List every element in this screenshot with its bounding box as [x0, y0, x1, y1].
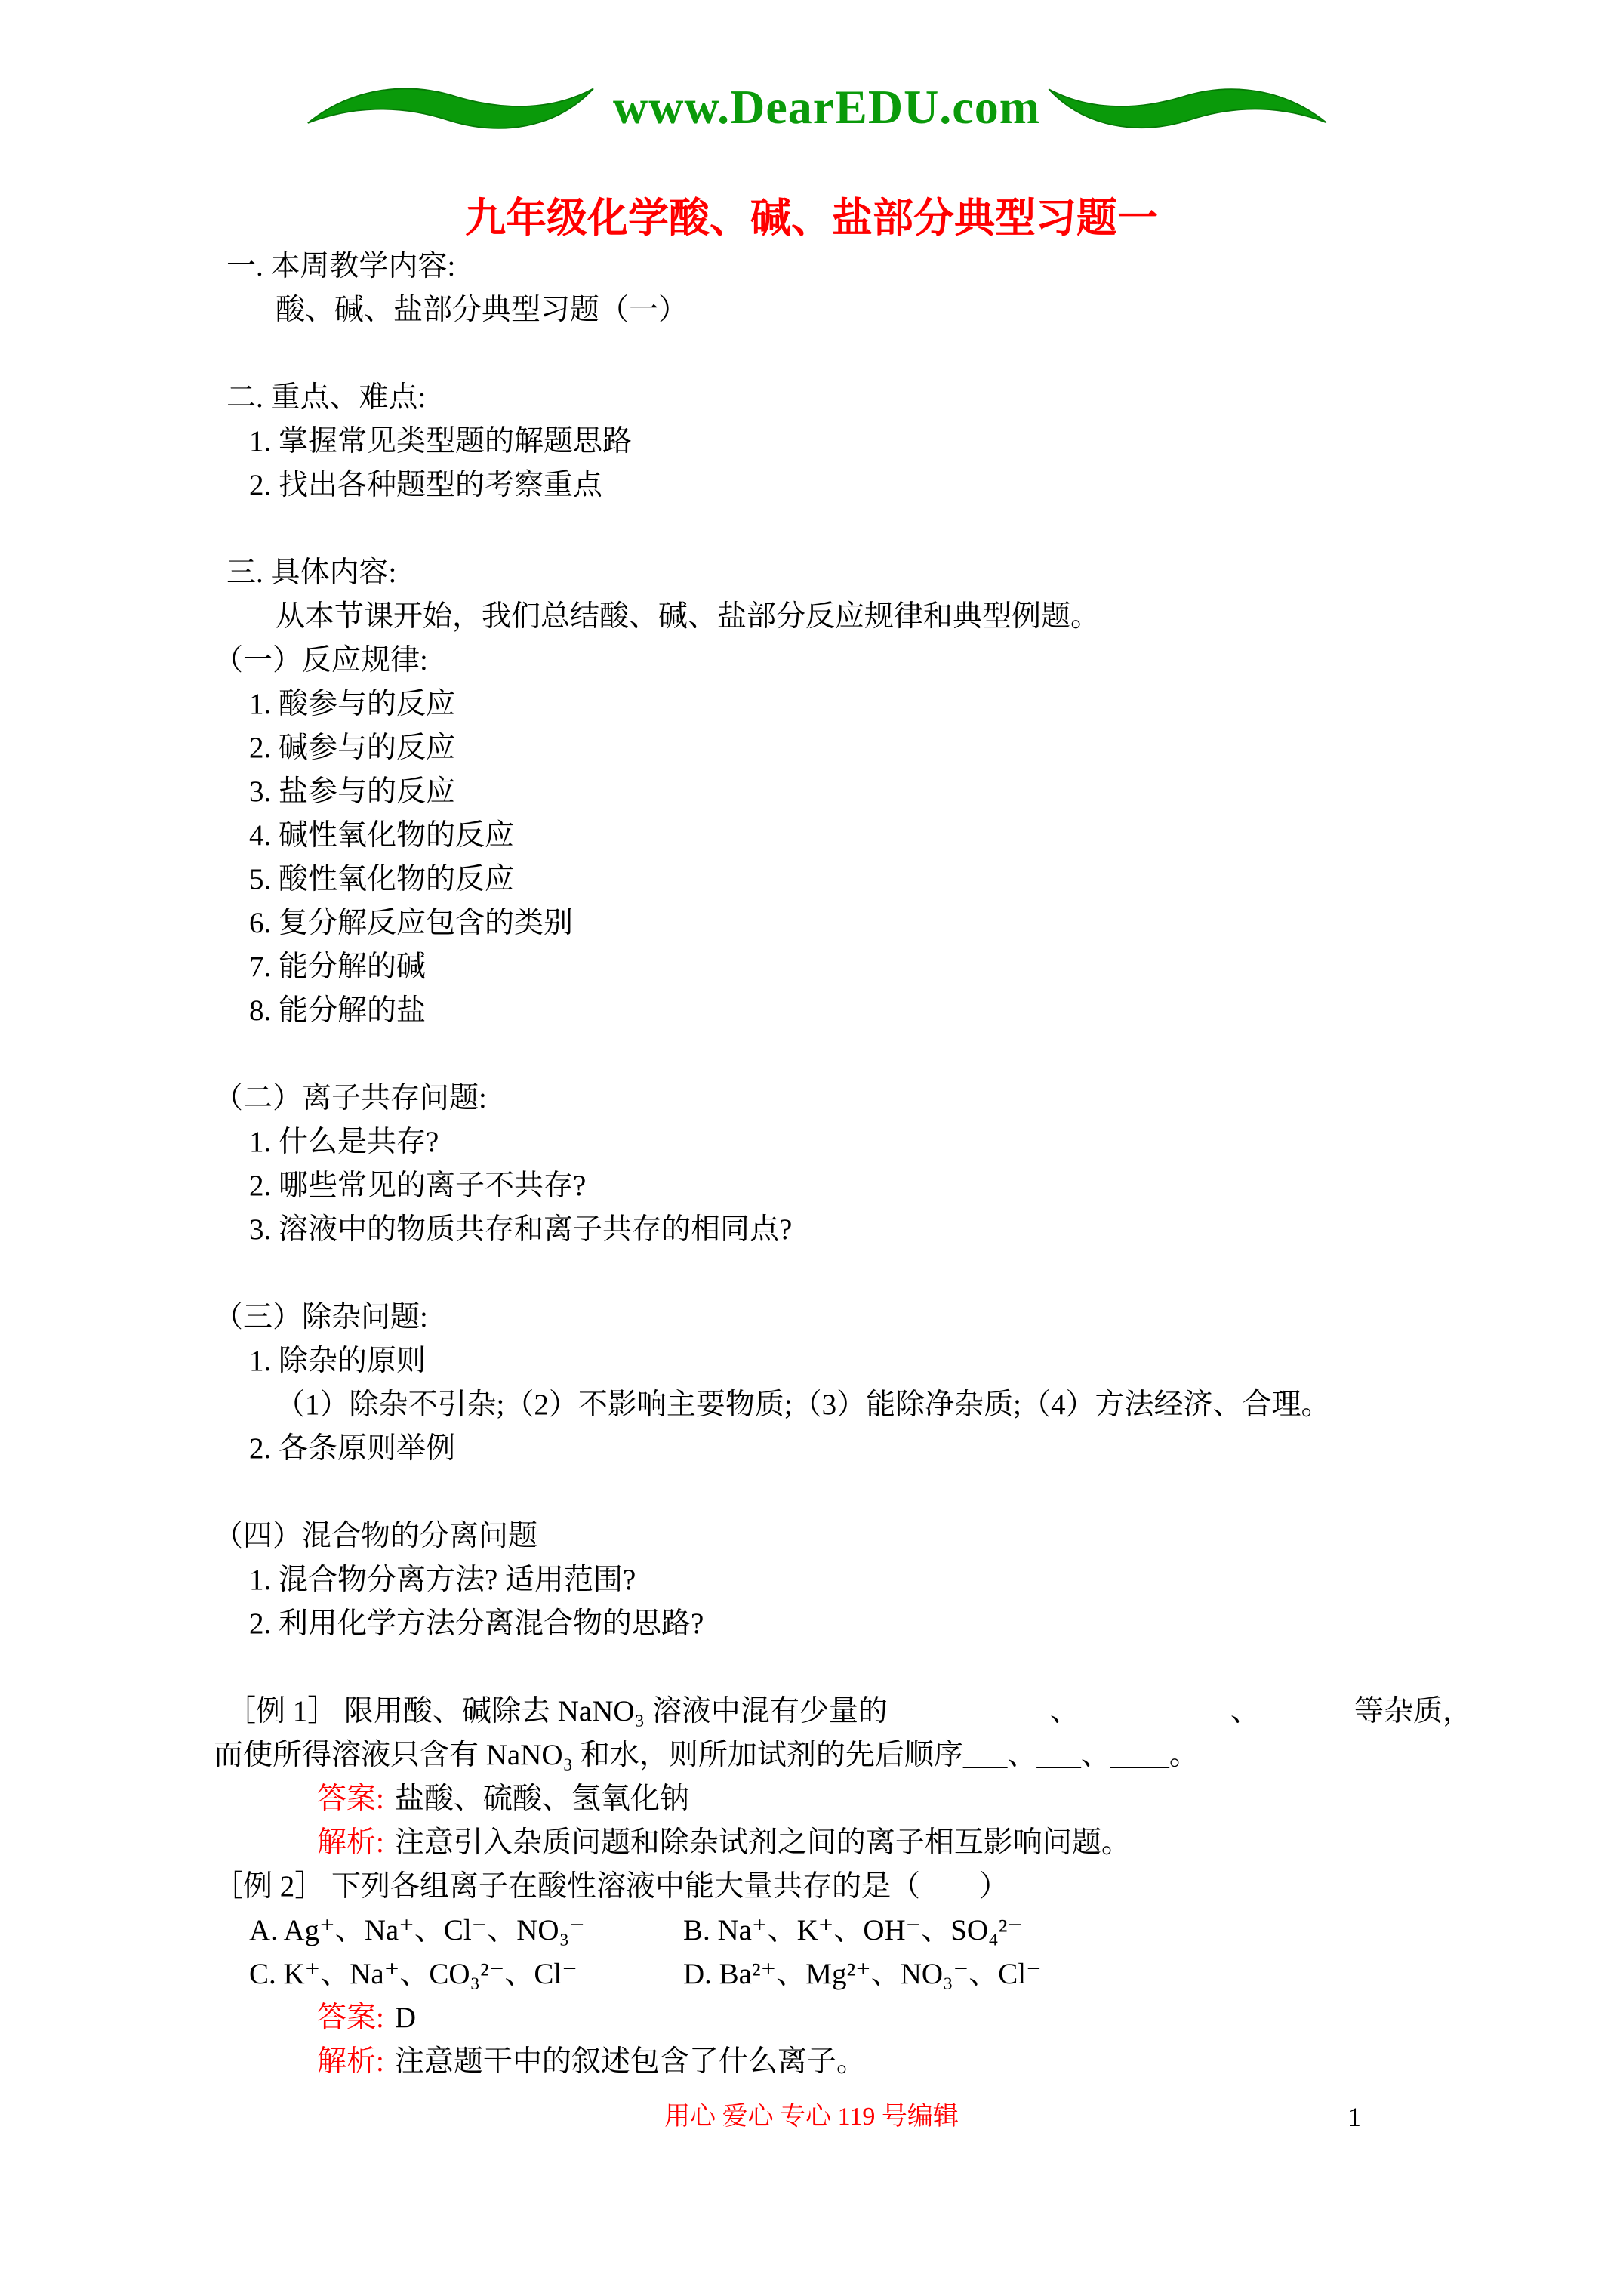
- list-item: 4. 碱性氧化物的反应: [249, 814, 1495, 858]
- enumeration-comma: 、: [1230, 1695, 1260, 1727]
- section2-heading: 二. 重点、难点:: [226, 376, 1495, 420]
- list-item: 3. 溶液中的物质共存和离子共存的相同点?: [249, 1208, 1495, 1252]
- list-item: 1. 掌握常见类型题的解题思路: [249, 420, 1495, 464]
- section1-heading: 一. 本周教学内容:: [226, 245, 1495, 288]
- example1-question-line2: 而使所得溶液只含有 NaNO₃ 和水，则所加试剂的先后顺序___、___、___…: [214, 1734, 1495, 1777]
- list-item: 2. 利用化学方法分离混合物的思路?: [249, 1602, 1495, 1646]
- analysis-label: 解析:: [317, 1826, 384, 1859]
- section3-heading: 三. 具体内容:: [226, 551, 1495, 595]
- list-item: 8. 能分解的盐: [249, 989, 1495, 1033]
- list-item: 7. 能分解的碱: [249, 945, 1495, 989]
- part4-heading: （四）混合物的分离问题: [214, 1515, 1495, 1558]
- example1-question-suffix: 等杂质，: [1354, 1695, 1472, 1727]
- list-item: 6. 复分解反应包含的类别: [249, 901, 1495, 945]
- enumeration-comma: 、: [1050, 1695, 1079, 1727]
- answer-label: 答案:: [317, 1783, 384, 1815]
- header-logo: www.DearEDU.com: [0, 69, 1623, 145]
- list-item: 1. 什么是共存?: [249, 1120, 1495, 1164]
- section3-intro: 从本节课开始，我们总结酸、碱、盐部分反应规律和典型例题。: [276, 595, 1495, 639]
- page-footer: 用心 爱心 专心 119 号编辑 1: [0, 2102, 1623, 2132]
- option-c: C. K⁺、Na⁺、CO₃²⁻、Cl⁻: [249, 1952, 683, 1996]
- option-b: B. Na⁺、K⁺、OH⁻、SO₄²⁻: [683, 1914, 1023, 1946]
- example1-question-prefix: ［例 1］ 限用酸、碱除去 NaNO₃ 溶液中混有少量的: [226, 1695, 888, 1727]
- example1-analysis: 解析:注意引入杂质问题和除杂试剂之间的离子相互影响问题。: [317, 1821, 1495, 1865]
- list-item: 3. 盐参与的反应: [249, 770, 1495, 814]
- analysis-text: 注意题干中的叙述包含了什么离子。: [395, 2045, 866, 2078]
- list-item: 2. 碱参与的反应: [249, 726, 1495, 770]
- list-item: 1. 酸参与的反应: [249, 683, 1495, 726]
- example1-question-line1: ［例 1］ 限用酸、碱除去 NaNO₃ 溶液中混有少量的、、等杂质，: [226, 1690, 1495, 1734]
- example1-answer: 答案:盐酸、硫酸、氢氧化钠: [317, 1777, 1495, 1821]
- list-item: 2. 各条原则举例: [249, 1427, 1495, 1471]
- option-a: A. Ag⁺、Na⁺、Cl⁻、NO₃⁻: [249, 1909, 683, 1952]
- option-d: D. Ba²⁺、Mg²⁺、NO₃⁻、Cl⁻: [683, 1958, 1042, 1990]
- part3-principles: （1）除杂不引杂;（2）不影响主要物质;（3）能除净杂质;（4）方法经济、合理。: [276, 1383, 1495, 1427]
- page-title: 九年级化学酸、碱、盐部分典型习题一: [0, 186, 1623, 244]
- answer-label: 答案:: [317, 2002, 384, 2034]
- answer-text: 盐酸、硫酸、氢氧化钠: [395, 1783, 689, 1815]
- section1-text: 酸、碱、盐部分典型习题（一）: [276, 288, 1495, 332]
- example2-analysis: 解析:注意题干中的叙述包含了什么离子。: [317, 2040, 1495, 2084]
- example2-question: ［例 2］ 下列各组离子在酸性溶液中能大量共存的是（ ）: [214, 1865, 1495, 1909]
- part1-heading: （一）反应规律:: [214, 639, 1495, 683]
- document-page: www.DearEDU.com 九年级化学酸、碱、盐部分典型习题一 一. 本周教…: [0, 0, 1623, 2296]
- list-item: 2. 哪些常见的离子不共存?: [249, 1164, 1495, 1208]
- analysis-text: 注意引入杂质问题和除杂试剂之间的离子相互影响问题。: [395, 1826, 1131, 1859]
- logo-text: www.DearEDU.com: [613, 83, 1040, 131]
- logo-left-swoosh-icon: [291, 69, 608, 145]
- list-item: 5. 酸性氧化物的反应: [249, 858, 1495, 901]
- document-body: 一. 本周教学内容: 酸、碱、盐部分典型习题（一） 二. 重点、难点: 1. 掌…: [226, 245, 1495, 2084]
- example2-answer: 答案:D: [317, 1996, 1495, 2040]
- example2-options-row2: C. K⁺、Na⁺、CO₃²⁻、Cl⁻D. Ba²⁺、Mg²⁺、NO₃⁻、Cl⁻: [249, 1952, 1495, 1996]
- answer-text: D: [395, 2002, 416, 2034]
- example2-options-row1: A. Ag⁺、Na⁺、Cl⁻、NO₃⁻B. Na⁺、K⁺、OH⁻、SO₄²⁻: [249, 1909, 1495, 1952]
- part2-heading: （二）离子共存问题:: [214, 1077, 1495, 1120]
- footer-motto: 用心 爱心 专心 119 号编辑: [664, 2103, 959, 2131]
- analysis-label: 解析:: [317, 2045, 384, 2078]
- list-item: 1. 混合物分离方法? 适用范围?: [249, 1558, 1495, 1602]
- page-number: 1: [1347, 2102, 1361, 2132]
- list-item: 2. 找出各种题型的考察重点: [249, 464, 1495, 507]
- part3-heading: （三）除杂问题:: [214, 1296, 1495, 1339]
- list-item: 1. 除杂的原则: [249, 1339, 1495, 1383]
- logo-right-swoosh-icon: [1045, 69, 1332, 145]
